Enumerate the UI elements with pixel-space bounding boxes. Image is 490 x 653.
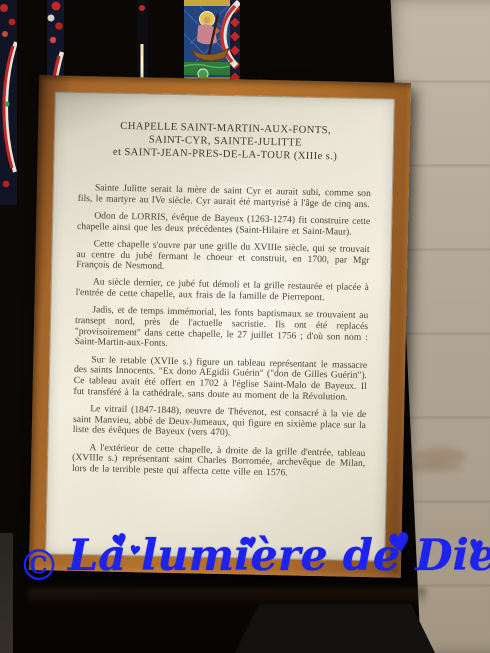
dark-floor-shape — [235, 604, 435, 653]
sign-paragraph: Sur le retable (XVIIe s.) figure un tabl… — [73, 355, 367, 404]
sign-body: Sainte Julitte serait la mère de saint C… — [72, 183, 371, 481]
stained-glass-strip-left-edge — [0, 0, 17, 205]
sign-paper: CHAPELLE SAINT-MARTIN-AUX-FONTS, SAINT-C… — [45, 91, 395, 561]
church-interior-photo: CHAPELLE SAINT-MARTIN-AUX-FONTS, SAINT-C… — [0, 0, 490, 653]
framed-sign: CHAPELLE SAINT-MARTIN-AUX-FONTS, SAINT-C… — [29, 75, 411, 578]
stone-base-fragment — [0, 533, 13, 653]
sign-paragraph: Au siècle dernier, ce jubé fut démoli et… — [76, 277, 369, 305]
sign-content: CHAPELLE SAINT-MARTIN-AUX-FONTS, SAINT-C… — [47, 91, 395, 481]
sign-paragraph: A l'extérieur de cette chapelle, à droit… — [72, 442, 366, 480]
stained-glass-figure-panel — [184, 0, 240, 83]
sign-paragraph: Cette chapelle s'ouvre par une grille du… — [76, 239, 370, 277]
sign-title: CHAPELLE SAINT-MARTIN-AUX-FONTS, SAINT-C… — [78, 119, 372, 164]
stone-stain — [393, 462, 463, 472]
sign-paragraph: Le vitrail (1847-1848), oeuvre de Théven… — [73, 404, 367, 442]
sign-paragraph: Sainte Julitte serait la mère de saint C… — [78, 183, 371, 211]
shadow-band — [28, 588, 426, 606]
sign-paragraph: Odon de LORRIS, évêque de Bayeux (1263-1… — [77, 211, 370, 239]
sign-paragraph: Jadis, et de temps immémorial, les fonts… — [75, 305, 369, 354]
